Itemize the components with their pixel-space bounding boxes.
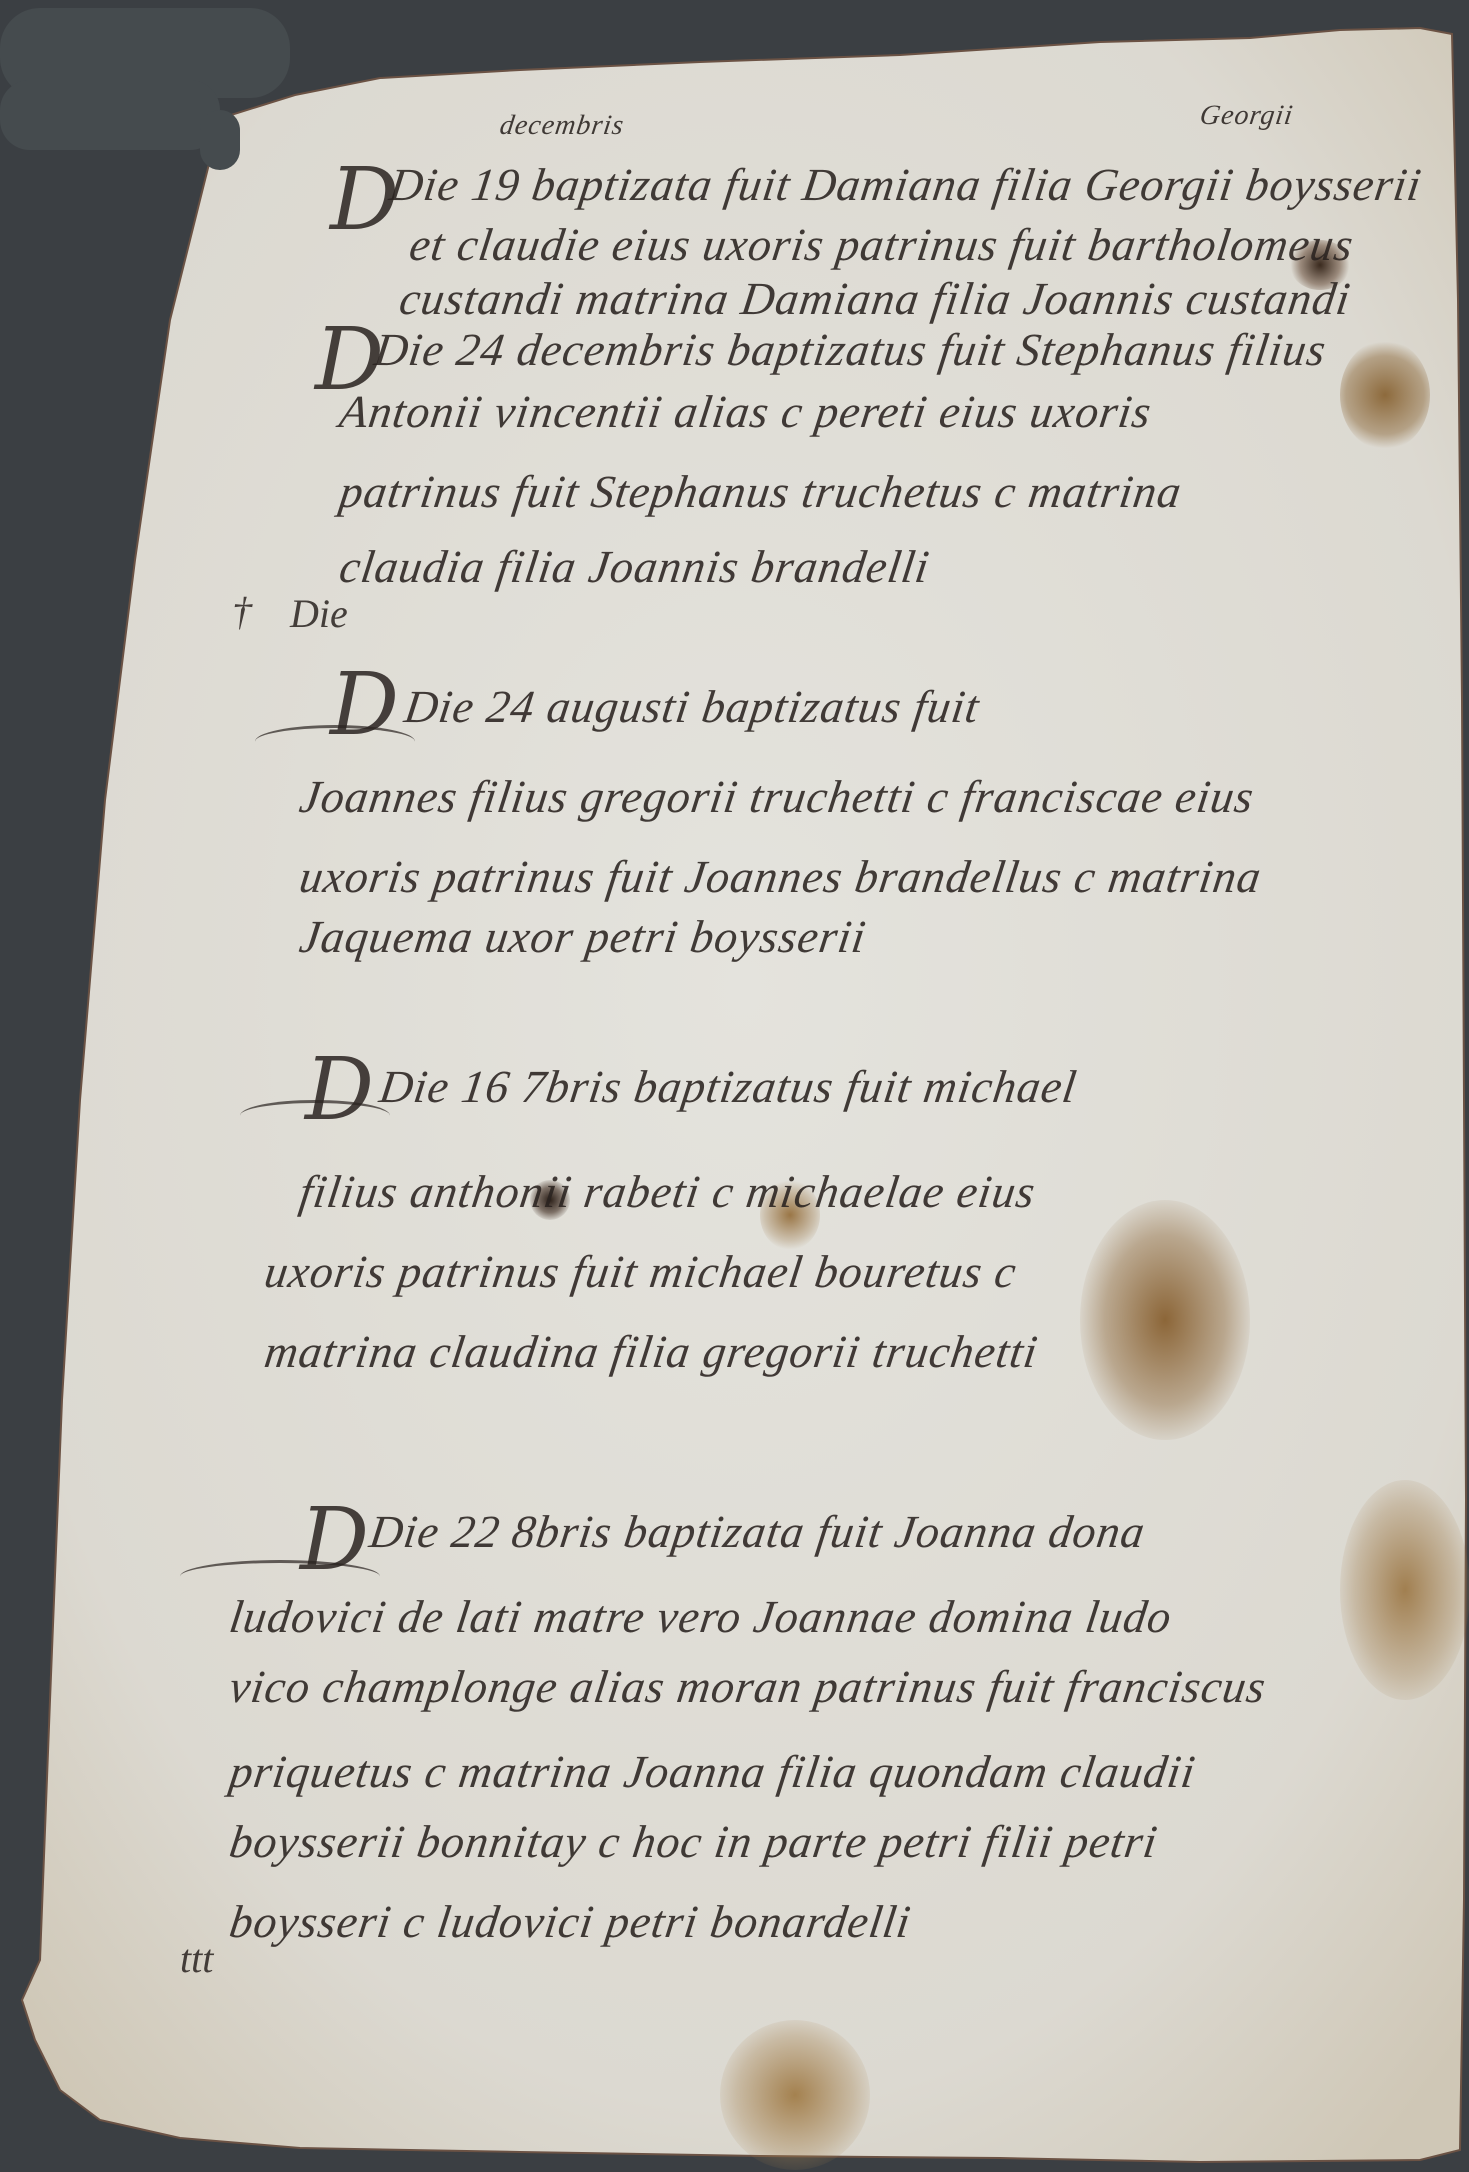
entry-line: patrinus fuit Stephanus truchetus c matr…: [336, 465, 1185, 518]
entry-line: ludovici de lati matre vero Joannae domi…: [226, 1590, 1175, 1643]
entry-line: vico champlonge alias moran patrinus fui…: [226, 1660, 1269, 1713]
entry-line: boysseri c ludovici petri bonardelli: [226, 1895, 914, 1948]
entry-line: priquetus c matrina Joanna filia quondam…: [226, 1745, 1199, 1798]
entry-line: Joannes filius gregorii truchetti c fran…: [296, 770, 1257, 823]
initial-flourish: [180, 1560, 380, 1593]
manuscript-text: decembris Georgii D Die 19 baptizata fui…: [0, 0, 1469, 2172]
entry-line: custandi matrina Damiana filia Joannis c…: [396, 272, 1354, 325]
entry-line: claudia filia Joannis brandelli: [336, 540, 933, 593]
interlinear-note: Georgii: [1198, 100, 1296, 132]
entry-line: et claudie eius uxoris patrinus fuit bar…: [406, 218, 1357, 271]
initial-flourish: [255, 725, 415, 758]
entry-line: filius anthonii rabeti c michaelae eius: [296, 1165, 1039, 1218]
entry-line: Antonii vincentii alias c pereti eius ux…: [336, 385, 1155, 438]
margin-tally-mark: ttt: [180, 1935, 213, 1982]
entry-line: uxoris patrinus fuit Joannes brandellus …: [296, 850, 1265, 903]
entry-line: Die 24 augusti baptizatus fuit: [401, 680, 983, 733]
entry-line: Die 22 8bris baptizata fuit Joanna dona: [366, 1505, 1148, 1558]
margin-cross-mark: †: [232, 588, 252, 635]
entry-line: Die 16 7bris baptizatus fuit michael: [376, 1060, 1080, 1113]
entry-line: matrina claudina filia gregorii truchett…: [261, 1325, 1041, 1378]
interlinear-note: decembris: [498, 110, 627, 142]
initial-flourish: [240, 1100, 390, 1131]
entry-line: uxoris patrinus fuit michael bouretus c: [261, 1245, 1020, 1298]
margin-note: Die: [290, 590, 348, 637]
entry-line: boysserii bonnitay c hoc in parte petri …: [226, 1815, 1161, 1868]
entry-line: Die 19 baptizata fuit Damiana filia Geor…: [386, 158, 1425, 211]
entry-line: Die 24 decembris baptizatus fuit Stephan…: [371, 323, 1330, 376]
entry-line: Jaquema uxor petri boysserii: [296, 910, 869, 963]
